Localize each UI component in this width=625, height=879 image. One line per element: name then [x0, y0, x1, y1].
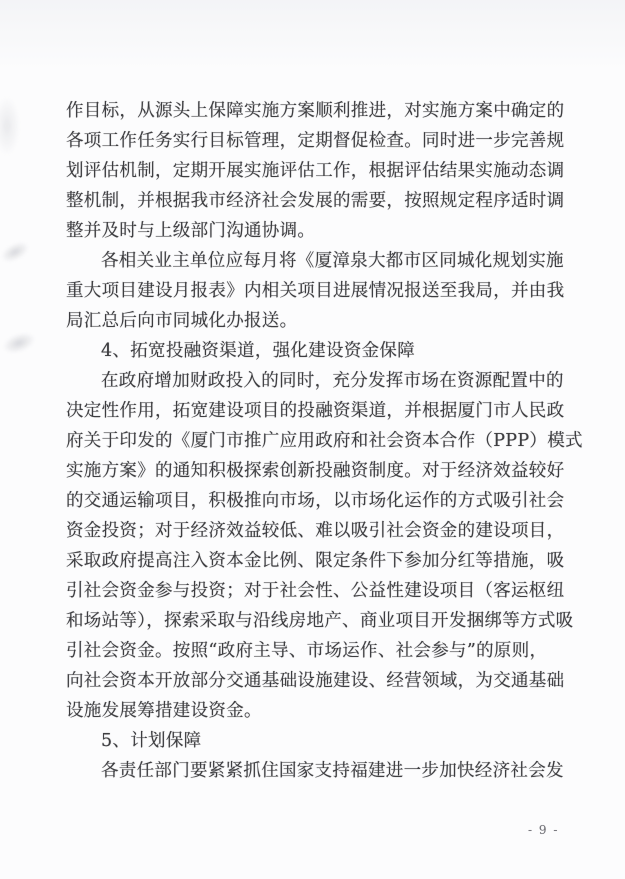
text-line: 在政府增加财政投入的同时，充分发挥市场在资源配置中的	[66, 366, 566, 396]
text-line: 实施方案》的通知积极探索创新投融资制度。对于经济效益较好	[66, 456, 566, 486]
text-line: 各项工作任务实行目标管理，定期督促检查。同时进一步完善规	[66, 126, 566, 156]
scan-smudge	[0, 329, 38, 358]
text-line: 设施发展筹措建设资金。	[66, 696, 566, 726]
text-line: 4、拓宽投融资渠道，强化建设资金保障	[66, 336, 566, 366]
text-line: 向社会资本开放部分交通基础设施建设、经营领域，为交通基础	[66, 666, 566, 696]
document-body: 作目标，从源头上保障实施方案顺利推进，对实施方案中确定的各项工作任务实行目标管理…	[66, 96, 566, 786]
scan-smudge	[0, 238, 32, 266]
page-number: - 9 -	[528, 823, 559, 837]
text-line: 采取政府提高注入资本金比例、限定条件下参加分红等措施，吸	[66, 546, 566, 576]
text-line: 整机制，并根据我市经济社会发展的需要，按照规定程序适时调	[66, 186, 566, 216]
scan-smudge	[0, 96, 20, 156]
text-line: 局汇总后向市同城化办报送。	[66, 306, 566, 336]
text-line: 重大项目建设月报表》内相关项目进展情况报送至我局，并由我	[66, 276, 566, 306]
text-line: 决定性作用，拓宽建设项目的投融资渠道，并根据厦门市人民政	[66, 396, 566, 426]
text-line: 划评估机制，定期开展实施评估工作，根据评估结果实施动态调	[66, 156, 566, 186]
scan-haze	[0, 0, 625, 70]
text-line: 的交通运输项目，积极推向市场，以市场化运作的方式吸引社会	[66, 486, 566, 516]
text-line: 整并及时与上级部门沟通协调。	[66, 216, 566, 246]
scanned-document-page: 作目标，从源头上保障实施方案顺利推进，对实施方案中确定的各项工作任务实行目标管理…	[0, 0, 625, 879]
text-line: 引社会资金参与投资；对于社会性、公益性建设项目（客运枢纽	[66, 576, 566, 606]
text-line: 各责任部门要紧紧抓住国家支持福建进一步加快经济社会发	[66, 756, 566, 786]
text-line: 作目标，从源头上保障实施方案顺利推进，对实施方案中确定的	[66, 96, 566, 126]
text-line: 5、计划保障	[66, 726, 566, 756]
text-line: 府关于印发的《厦门市推广应用政府和社会资本合作（PPP）模式	[66, 426, 566, 456]
text-line: 引社会资金。按照“政府主导、市场运作、社会参与”的原则，	[66, 636, 566, 666]
text-line: 和场站等），探索采取与沿线房地产、商业项目开发捆绑等方式吸	[66, 606, 566, 636]
text-line: 资金投资；对于经济效益较低、难以吸引社会资金的建设项目，	[66, 516, 566, 546]
text-line: 各相关业主单位应每月将《厦漳泉大都市区同城化规划实施	[66, 246, 566, 276]
